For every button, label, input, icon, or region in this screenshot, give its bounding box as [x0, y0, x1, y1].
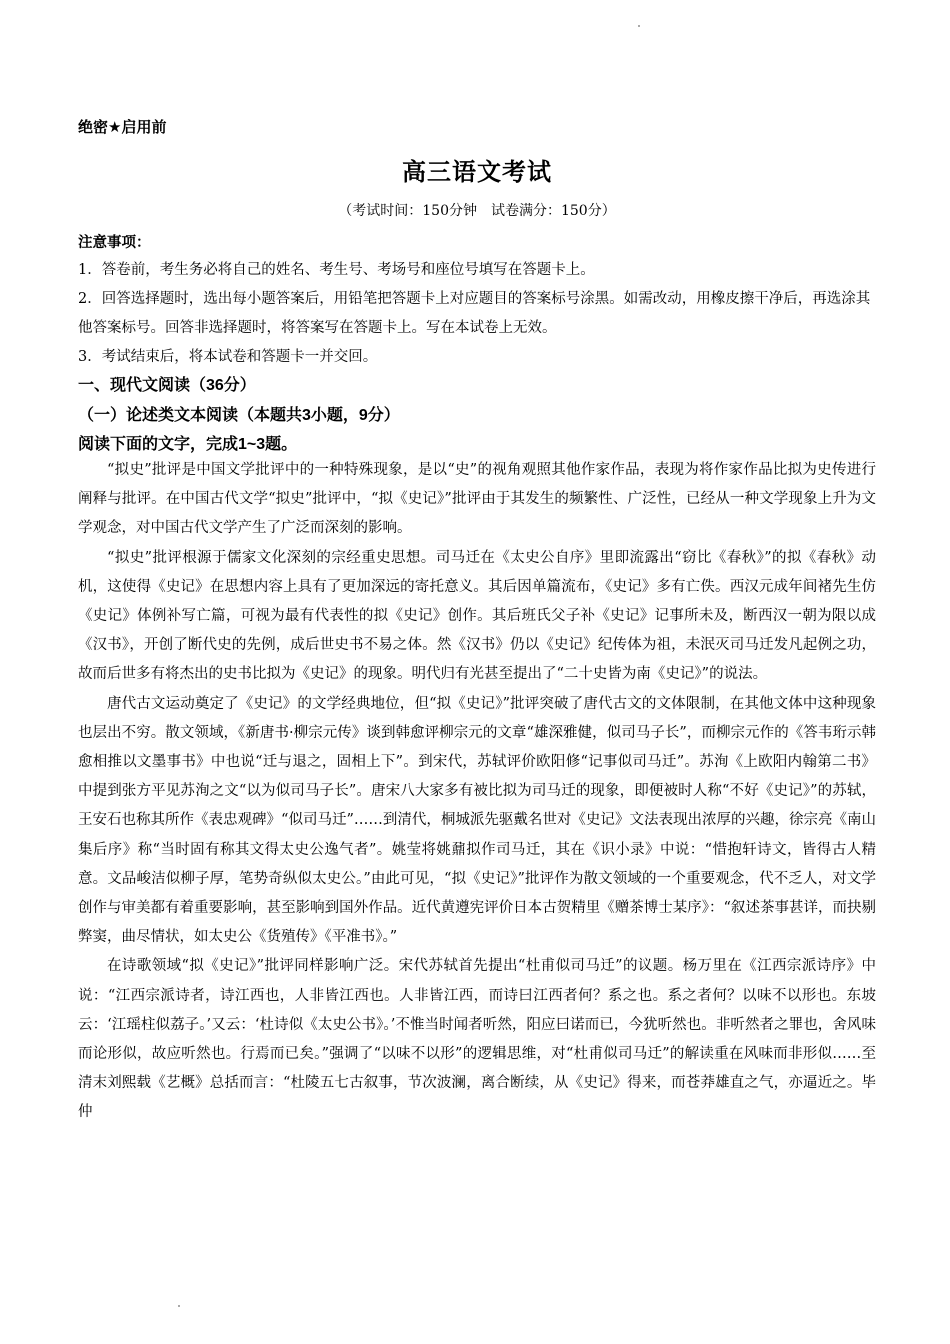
subpart-title: （一）论述类文本阅读（本题共3小题，9分）: [78, 402, 400, 425]
secret-mark: 绝密★启用前: [78, 116, 166, 137]
exam-title: 高三语文考试: [78, 152, 876, 187]
notice-list: 1．答卷前，考生务必将自己的姓名、考生号、考场号和座位号填写在答题卡上。 2．回…: [78, 256, 876, 372]
passage-paragraph: 在诗歌领域“拟《史记》”批评同样影响广泛。宋代苏轼首先提出“杜甫似司马迁”的议题…: [78, 952, 876, 1127]
reading-passage: “拟史”批评是中国文学批评中的一种特殊现象，是以“史”的视角观照其他作家作品，表…: [78, 456, 876, 1128]
passage-paragraph: “拟史”批评根源于儒家文化深刻的宗经重史思想。司马迁在《太史公自序》里即流露出“…: [78, 544, 876, 690]
notice-item: 3．考试结束后，将本试卷和答题卡一并交回。: [78, 343, 876, 372]
exam-subtitle: （考试时间：150分钟 试卷满分：150分）: [78, 200, 876, 220]
notice-item: 1．答卷前，考生务必将自己的姓名、考生号、考场号和座位号填写在答题卡上。: [78, 256, 876, 285]
part-title: 一、现代文阅读（36分）: [78, 372, 256, 395]
passage-paragraph: “拟史”批评是中国文学批评中的一种特殊现象，是以“史”的视角观照其他作家作品，表…: [78, 456, 876, 544]
notice-item: 2．回答选择题时，选出每小题答案后，用铅笔把答题卡上对应题目的答案标号涂黑。如需…: [78, 285, 876, 343]
notice-heading: 注意事项：: [78, 231, 151, 252]
passage-paragraph: 唐代古文运动奠定了《史记》的文学经典地位，但“拟《史记》”批评突破了唐代古文的文…: [78, 690, 876, 953]
scan-artifact-bottom: [178, 1305, 180, 1307]
reading-instruction: 阅读下面的文字，完成1~3题。: [78, 431, 297, 454]
scan-artifact-top: [638, 25, 640, 27]
